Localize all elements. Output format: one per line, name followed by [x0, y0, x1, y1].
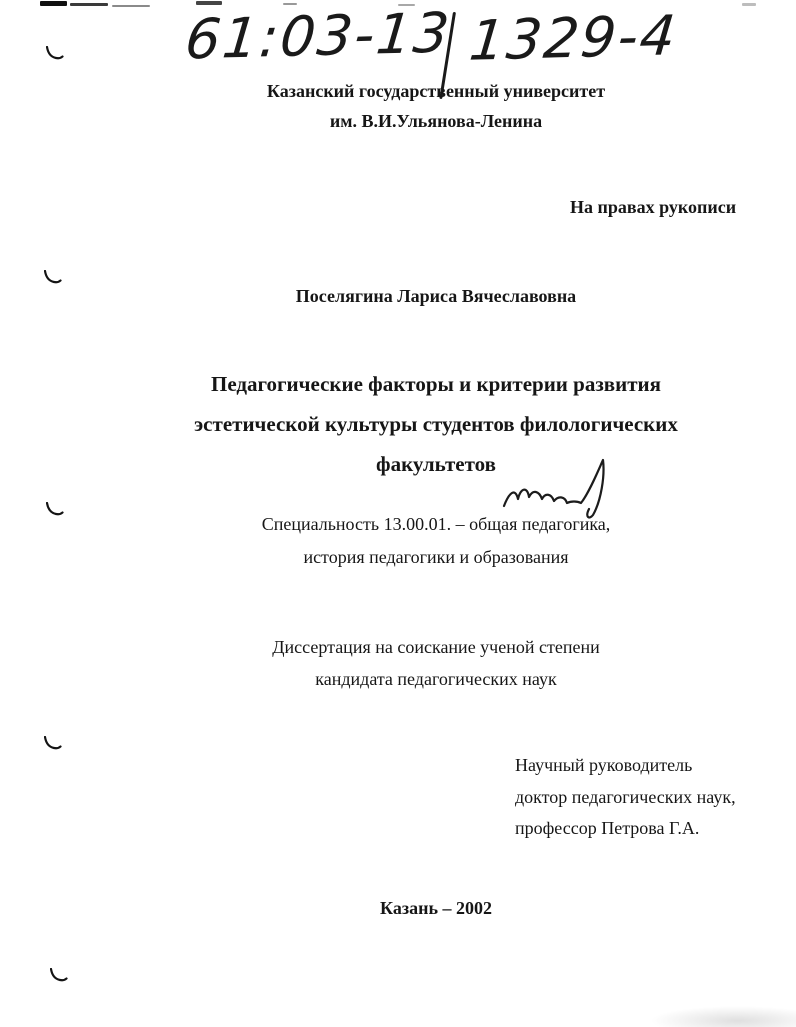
- manuscript-rights-note: На правах рукописи: [570, 196, 736, 218]
- thesis-statement-line-2: кандидата педагогических наук: [76, 668, 796, 690]
- accession-number-left: 61:03-13: [183, 3, 454, 70]
- scan-artifact-dash: [742, 3, 756, 6]
- binding-mark-icon: [46, 46, 64, 61]
- binding-mark-icon: [44, 270, 62, 285]
- author-name: Поселягина Лариса Вячеславовна: [76, 285, 796, 307]
- city-year-imprint: Казань – 2002: [76, 897, 796, 919]
- title-line-2: эстетической культуры студентов филологи…: [76, 412, 796, 436]
- title-line-1: Педагогические факторы и критерии развит…: [76, 372, 796, 396]
- scan-artifact-smudge: [650, 1006, 796, 1027]
- scan-artifact-dash: [112, 5, 150, 7]
- thesis-statement-line-1: Диссертация на соискание ученой степени: [76, 636, 796, 658]
- binding-mark-icon: [50, 968, 68, 983]
- binding-mark-icon: [46, 502, 64, 517]
- supervisor-name: профессор Петрова Г.А.: [515, 817, 699, 839]
- scanned-dissertation-title-page: 61:03-13 1329-4 Казанский государственны…: [0, 0, 796, 1027]
- supervisor-degree: доктор педагогических наук,: [515, 786, 736, 808]
- university-name-line2: им. В.И.Ульянова-Ленина: [76, 110, 796, 132]
- scan-artifact-dash: [196, 1, 222, 5]
- specialty-line-2: история педагогики и образования: [76, 546, 796, 568]
- supervisor-heading: Научный руководитель: [515, 754, 692, 776]
- scan-artifact-dash: [40, 1, 67, 6]
- title-line-3: факультетов: [76, 452, 796, 476]
- accession-number-right: 1329-4: [467, 5, 680, 70]
- university-name: Казанский государственный университет: [76, 80, 796, 102]
- binding-mark-icon: [44, 736, 62, 751]
- scan-artifact-dash: [70, 3, 108, 6]
- specialty-line-1: Специальность 13.00.01. – общая педагоги…: [76, 513, 796, 535]
